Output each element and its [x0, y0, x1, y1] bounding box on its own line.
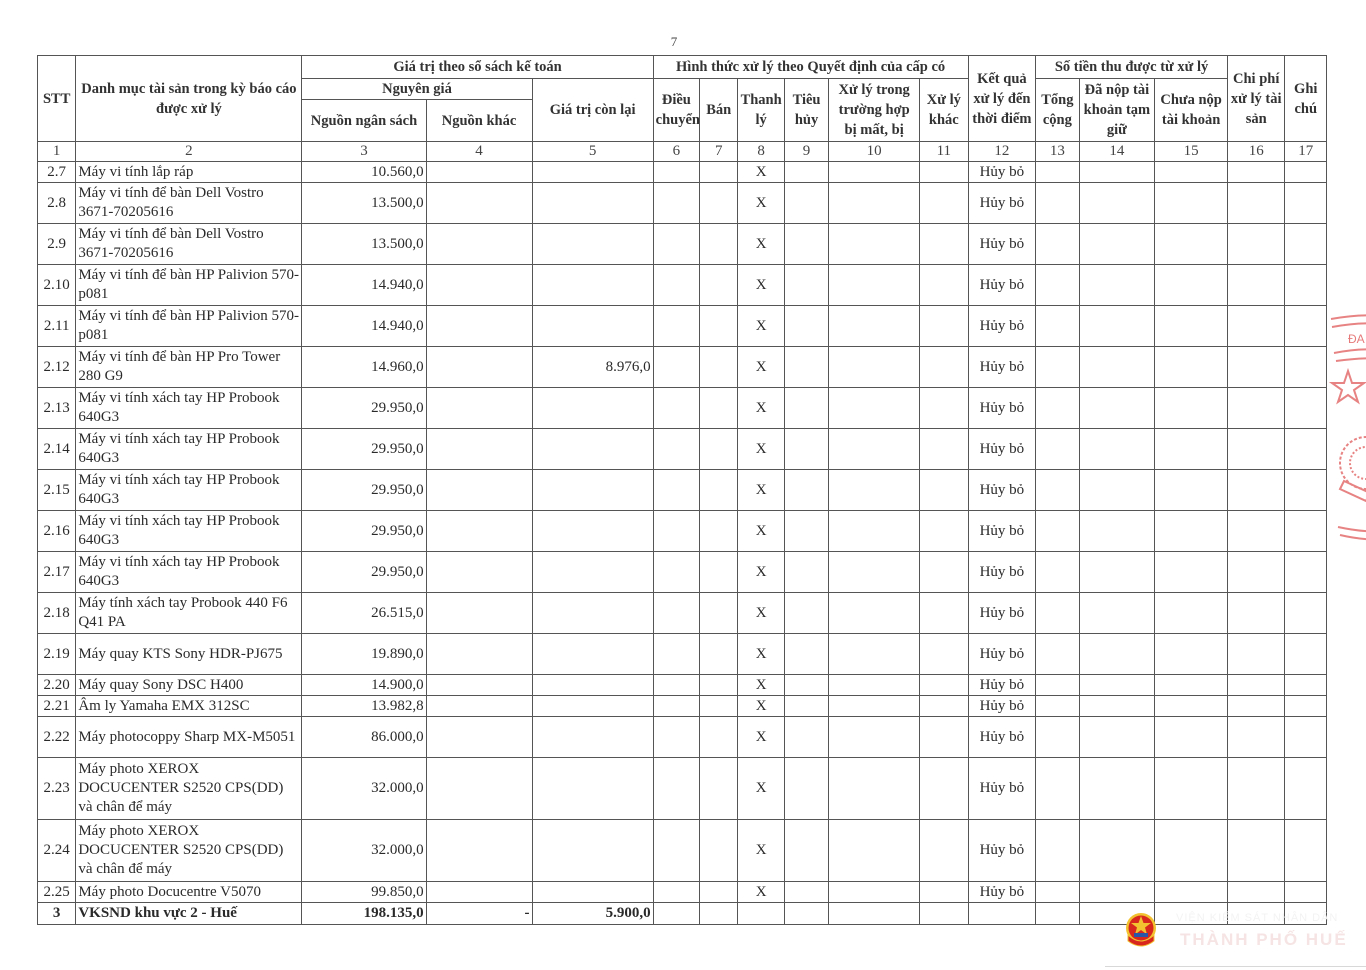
row-transfer [653, 882, 699, 903]
row-stt: 2.9 [38, 224, 76, 265]
summary-empty-cell [784, 903, 828, 925]
row-total [1036, 183, 1079, 224]
row-liquidate-mark: X [738, 429, 784, 470]
column-number: 12 [968, 142, 1036, 162]
table-row: 2.22Máy photocoppy Sharp MX-M505186.000,… [38, 717, 1327, 758]
row-sell [700, 470, 738, 511]
row-total [1036, 388, 1079, 429]
row-handling-cost [1227, 470, 1285, 511]
table-row: 2.9Máy vi tính để bàn Dell Vostro 3671-7… [38, 224, 1327, 265]
row-lost-case [829, 511, 920, 552]
table-row: 2.8Máy vi tính để bàn Dell Vostro 3671-7… [38, 183, 1327, 224]
row-budget-source: 29.950,0 [302, 552, 426, 593]
row-sell [700, 265, 738, 306]
row-paid-account [1079, 224, 1155, 265]
row-budget-source: 26.515,0 [302, 593, 426, 634]
row-other-source [426, 470, 532, 511]
row-unpaid-account [1155, 183, 1228, 224]
row-other-handling [920, 634, 968, 675]
table-row: 2.7Máy vi tính lắp ráp10.560,0XHủy bỏ [38, 162, 1327, 183]
row-note [1285, 758, 1327, 820]
row-liquidate-mark: X [738, 593, 784, 634]
summary-other-source: - [426, 903, 532, 925]
row-sell [700, 347, 738, 388]
row-liquidate-mark: X [738, 470, 784, 511]
row-other-source [426, 696, 532, 717]
column-number: 15 [1155, 142, 1228, 162]
row-lost-case [829, 224, 920, 265]
table-row: 2.13Máy vi tính xách tay HP Probook 640G… [38, 388, 1327, 429]
row-liquidate-mark: X [738, 183, 784, 224]
row-lost-case [829, 306, 920, 347]
row-other-source [426, 347, 532, 388]
row-lost-case [829, 265, 920, 306]
row-liquidate-mark: X [738, 552, 784, 593]
table-row: 2.17Máy vi tính xách tay HP Probook 640G… [38, 552, 1327, 593]
row-sell [700, 758, 738, 820]
row-budget-source: 13.500,0 [302, 224, 426, 265]
row-lost-case [829, 388, 920, 429]
row-destroy [784, 758, 828, 820]
header-remaining-value: Giá trị còn lại [532, 79, 653, 142]
row-stt: 2.17 [38, 552, 76, 593]
row-other-handling [920, 675, 968, 696]
row-other-source [426, 265, 532, 306]
row-lost-case [829, 696, 920, 717]
row-liquidate-mark: X [738, 265, 784, 306]
header-asset-list: Danh mục tài sản trong kỳ báo cáo được x… [76, 56, 302, 142]
row-stt: 2.19 [38, 634, 76, 675]
watermark-agency: VIỆN KIỂM SÁT NHÂN DÂN [1176, 912, 1338, 924]
row-liquidate-mark: X [738, 347, 784, 388]
header-paid-account: Đã nộp tài khoản tạm giữ [1079, 79, 1155, 142]
row-other-handling [920, 162, 968, 183]
row-stt: 2.20 [38, 675, 76, 696]
row-liquidate-mark: X [738, 224, 784, 265]
row-total [1036, 634, 1079, 675]
row-note [1285, 634, 1327, 675]
row-other-handling [920, 388, 968, 429]
row-destroy [784, 717, 828, 758]
asset-disposal-table: STT Danh mục tài sản trong kỳ báo cáo đư… [37, 55, 1327, 925]
row-note [1285, 511, 1327, 552]
row-other-handling [920, 758, 968, 820]
row-liquidate-mark: X [738, 758, 784, 820]
row-note [1285, 593, 1327, 634]
row-handling-cost [1227, 820, 1285, 882]
row-other-source [426, 429, 532, 470]
row-remaining-value [532, 552, 653, 593]
column-number: 11 [920, 142, 968, 162]
row-note [1285, 882, 1327, 903]
national-emblem-icon [1124, 911, 1158, 949]
row-total [1036, 696, 1079, 717]
row-stt: 2.24 [38, 820, 76, 882]
row-result: Hủy bỏ [968, 552, 1036, 593]
summary-empty-cell [968, 903, 1036, 925]
row-stt: 2.7 [38, 162, 76, 183]
row-paid-account [1079, 758, 1155, 820]
row-liquidate-mark: X [738, 820, 784, 882]
row-handling-cost [1227, 224, 1285, 265]
row-liquidate-mark: X [738, 882, 784, 903]
row-unpaid-account [1155, 675, 1228, 696]
summary-remaining-value: 5.900,0 [532, 903, 653, 925]
row-sell [700, 552, 738, 593]
row-handling-cost [1227, 183, 1285, 224]
row-asset-name: Máy vi tính để bàn Dell Vostro 3671-7020… [76, 224, 302, 265]
column-number: 13 [1036, 142, 1079, 162]
row-unpaid-account [1155, 717, 1228, 758]
row-remaining-value [532, 882, 653, 903]
row-paid-account [1079, 347, 1155, 388]
row-note [1285, 347, 1327, 388]
row-note [1285, 224, 1327, 265]
row-other-handling [920, 882, 968, 903]
row-total [1036, 511, 1079, 552]
summary-unit-name: VKSND khu vực 2 - Huế [76, 903, 302, 925]
row-stt: 2.15 [38, 470, 76, 511]
watermark-city: THÀNH PHỐ HUẾ [1180, 930, 1348, 950]
header-note: Ghi chú [1285, 56, 1327, 142]
row-remaining-value [532, 306, 653, 347]
row-result: Hủy bỏ [968, 306, 1036, 347]
row-result: Hủy bỏ [968, 634, 1036, 675]
row-stt: 2.18 [38, 593, 76, 634]
row-destroy [784, 470, 828, 511]
row-unpaid-account [1155, 429, 1228, 470]
row-budget-source: 19.890,0 [302, 634, 426, 675]
row-budget-source: 10.560,0 [302, 162, 426, 183]
column-number: 2 [76, 142, 302, 162]
table-row: 2.10Máy vi tính để bàn HP Palivion 570-p… [38, 265, 1327, 306]
column-number-row: 1234567891011121314151617 [38, 142, 1327, 162]
row-destroy [784, 696, 828, 717]
row-handling-cost [1227, 634, 1285, 675]
table-body: 2.7Máy vi tính lắp ráp10.560,0XHủy bỏ2.8… [38, 162, 1327, 925]
row-sell [700, 634, 738, 675]
row-handling-cost [1227, 882, 1285, 903]
row-budget-source: 29.950,0 [302, 388, 426, 429]
summary-stt: 3 [38, 903, 76, 925]
row-budget-source: 13.982,8 [302, 696, 426, 717]
row-remaining-value [532, 162, 653, 183]
column-number: 1 [38, 142, 76, 162]
header-stt: STT [38, 56, 76, 142]
row-lost-case [829, 347, 920, 388]
row-remaining-value [532, 470, 653, 511]
row-transfer [653, 634, 699, 675]
row-other-source [426, 675, 532, 696]
row-result: Hủy bỏ [968, 675, 1036, 696]
row-asset-name: Máy vi tính xách tay HP Probook 640G3 [76, 511, 302, 552]
row-result: Hủy bỏ [968, 882, 1036, 903]
row-destroy [784, 634, 828, 675]
row-note [1285, 183, 1327, 224]
row-liquidate-mark: X [738, 717, 784, 758]
row-note [1285, 717, 1327, 758]
row-asset-name: Máy photo XEROX DOCUCENTER S2520 CPS(DD)… [76, 820, 302, 882]
row-other-handling [920, 265, 968, 306]
row-unpaid-account [1155, 593, 1228, 634]
row-asset-name: Máy vi tính xách tay HP Probook 640G3 [76, 388, 302, 429]
row-paid-account [1079, 634, 1155, 675]
row-handling-cost [1227, 511, 1285, 552]
column-number: 17 [1285, 142, 1327, 162]
row-transfer [653, 162, 699, 183]
row-total [1036, 593, 1079, 634]
row-total [1036, 758, 1079, 820]
row-sell [700, 162, 738, 183]
row-total [1036, 347, 1079, 388]
row-transfer [653, 265, 699, 306]
row-stt: 2.25 [38, 882, 76, 903]
summary-empty-cell [653, 903, 699, 925]
header-book-value: Giá trị theo sổ sách kế toán [302, 56, 653, 79]
row-total [1036, 820, 1079, 882]
row-other-source [426, 183, 532, 224]
row-paid-account [1079, 820, 1155, 882]
row-other-source [426, 388, 532, 429]
row-transfer [653, 429, 699, 470]
row-transfer [653, 717, 699, 758]
column-number: 6 [653, 142, 699, 162]
row-unpaid-account [1155, 470, 1228, 511]
column-number: 10 [829, 142, 920, 162]
row-remaining-value [532, 224, 653, 265]
row-liquidate-mark: X [738, 634, 784, 675]
row-paid-account [1079, 511, 1155, 552]
row-unpaid-account [1155, 347, 1228, 388]
row-other-handling [920, 470, 968, 511]
row-sell [700, 717, 738, 758]
header-budget-source: Nguồn ngân sách [302, 100, 426, 142]
row-destroy [784, 552, 828, 593]
page-number: 7 [664, 34, 684, 50]
row-liquidate-mark: X [738, 696, 784, 717]
row-destroy [784, 593, 828, 634]
row-handling-cost [1227, 347, 1285, 388]
summary-empty-cell [920, 903, 968, 925]
row-destroy [784, 675, 828, 696]
row-transfer [653, 470, 699, 511]
row-sell [700, 429, 738, 470]
row-stt: 2.22 [38, 717, 76, 758]
table-row: 2.21Âm ly Yamaha EMX 312SC13.982,8XHủy b… [38, 696, 1327, 717]
row-lost-case [829, 717, 920, 758]
row-total [1036, 265, 1079, 306]
header-unpaid-account: Chưa nộp tài khoản [1155, 79, 1228, 142]
header-handling-form: Hình thức xử lý theo Quyết định của cấp … [653, 56, 968, 79]
table-row: 2.20Máy quay Sony DSC H40014.900,0XHủy b… [38, 675, 1327, 696]
header-sell: Bán [700, 79, 738, 142]
row-note [1285, 552, 1327, 593]
row-note [1285, 429, 1327, 470]
row-result: Hủy bỏ [968, 717, 1036, 758]
row-total [1036, 882, 1079, 903]
row-note [1285, 265, 1327, 306]
table-row: 2.24Máy photo XEROX DOCUCENTER S2520 CPS… [38, 820, 1327, 882]
row-budget-source: 29.950,0 [302, 429, 426, 470]
row-other-source [426, 882, 532, 903]
table-row: 2.23Máy photo XEROX DOCUCENTER S2520 CPS… [38, 758, 1327, 820]
row-asset-name: Âm ly Yamaha EMX 312SC [76, 696, 302, 717]
row-liquidate-mark: X [738, 162, 784, 183]
row-unpaid-account [1155, 634, 1228, 675]
row-lost-case [829, 675, 920, 696]
row-other-handling [920, 306, 968, 347]
row-transfer [653, 675, 699, 696]
row-unpaid-account [1155, 696, 1228, 717]
row-unpaid-account [1155, 388, 1228, 429]
row-remaining-value [532, 717, 653, 758]
red-seal-stamp-icon: ĐA [1326, 313, 1366, 543]
row-handling-cost [1227, 552, 1285, 593]
row-stt: 2.23 [38, 758, 76, 820]
row-lost-case [829, 634, 920, 675]
row-unpaid-account [1155, 552, 1228, 593]
row-total [1036, 162, 1079, 183]
row-stt: 2.8 [38, 183, 76, 224]
row-budget-source: 29.950,0 [302, 470, 426, 511]
row-other-source [426, 162, 532, 183]
row-result: Hủy bỏ [968, 511, 1036, 552]
row-other-source [426, 820, 532, 882]
row-transfer [653, 347, 699, 388]
row-total [1036, 717, 1079, 758]
row-sell [700, 224, 738, 265]
table-row: 2.11Máy vi tính để bàn HP Palivion 570-p… [38, 306, 1327, 347]
row-destroy [784, 265, 828, 306]
row-remaining-value [532, 183, 653, 224]
row-paid-account [1079, 388, 1155, 429]
row-result: Hủy bỏ [968, 388, 1036, 429]
row-lost-case [829, 183, 920, 224]
row-transfer [653, 511, 699, 552]
row-paid-account [1079, 162, 1155, 183]
row-result: Hủy bỏ [968, 820, 1036, 882]
row-paid-account [1079, 183, 1155, 224]
row-sell [700, 388, 738, 429]
row-note [1285, 675, 1327, 696]
row-result: Hủy bỏ [968, 265, 1036, 306]
row-other-source [426, 717, 532, 758]
row-unpaid-account [1155, 306, 1228, 347]
svg-text:ĐA: ĐA [1348, 332, 1365, 346]
row-handling-cost [1227, 162, 1285, 183]
row-lost-case [829, 882, 920, 903]
row-budget-source: 32.000,0 [302, 820, 426, 882]
header-liquidate: Thanh lý [738, 79, 784, 142]
row-lost-case [829, 162, 920, 183]
column-number: 14 [1079, 142, 1155, 162]
row-transfer [653, 552, 699, 593]
header-destroy: Tiêu hủy [784, 79, 828, 142]
row-asset-name: Máy tính xách tay Probook 440 F6 Q41 PA [76, 593, 302, 634]
row-sell [700, 675, 738, 696]
row-other-handling [920, 717, 968, 758]
row-paid-account [1079, 429, 1155, 470]
column-number: 5 [532, 142, 653, 162]
row-remaining-value [532, 675, 653, 696]
row-other-source [426, 224, 532, 265]
row-lost-case [829, 429, 920, 470]
header-lost-case: Xử lý trong trường hợp bị mất, bị [829, 79, 920, 142]
row-destroy [784, 183, 828, 224]
row-liquidate-mark: X [738, 388, 784, 429]
row-stt: 2.12 [38, 347, 76, 388]
row-result: Hủy bỏ [968, 758, 1036, 820]
row-lost-case [829, 758, 920, 820]
row-lost-case [829, 593, 920, 634]
row-other-source [426, 306, 532, 347]
row-destroy [784, 820, 828, 882]
row-note [1285, 820, 1327, 882]
row-unpaid-account [1155, 820, 1228, 882]
table-row: 2.25Máy photo Docucentre V507099.850,0XH… [38, 882, 1327, 903]
row-paid-account [1079, 882, 1155, 903]
row-sell [700, 882, 738, 903]
row-remaining-value: 8.976,0 [532, 347, 653, 388]
header-original-price: Nguyên giá [302, 79, 532, 100]
row-asset-name: Máy vi tính để bàn HP Palivion 570-p081 [76, 265, 302, 306]
row-handling-cost [1227, 717, 1285, 758]
row-budget-source: 99.850,0 [302, 882, 426, 903]
row-transfer [653, 388, 699, 429]
row-sell [700, 183, 738, 224]
row-note [1285, 470, 1327, 511]
row-transfer [653, 820, 699, 882]
row-unpaid-account [1155, 758, 1228, 820]
summary-empty-cell [829, 903, 920, 925]
column-number: 4 [426, 142, 532, 162]
row-total [1036, 552, 1079, 593]
row-lost-case [829, 470, 920, 511]
header-transfer: Điều chuyển [653, 79, 699, 142]
table-row: 2.19Máy quay KTS Sony HDR-PJ67519.890,0X… [38, 634, 1327, 675]
row-transfer [653, 224, 699, 265]
row-result: Hủy bỏ [968, 183, 1036, 224]
row-handling-cost [1227, 758, 1285, 820]
row-remaining-value [532, 820, 653, 882]
row-total [1036, 224, 1079, 265]
row-budget-source: 14.940,0 [302, 265, 426, 306]
row-note [1285, 162, 1327, 183]
row-liquidate-mark: X [738, 511, 784, 552]
row-sell [700, 306, 738, 347]
row-other-handling [920, 429, 968, 470]
row-sell [700, 820, 738, 882]
row-note [1285, 388, 1327, 429]
scan-edge-line [1105, 966, 1366, 967]
row-other-handling [920, 347, 968, 388]
row-result: Hủy bỏ [968, 470, 1036, 511]
column-number: 9 [784, 142, 828, 162]
row-unpaid-account [1155, 882, 1228, 903]
row-transfer [653, 183, 699, 224]
row-other-source [426, 634, 532, 675]
row-handling-cost [1227, 593, 1285, 634]
row-paid-account [1079, 593, 1155, 634]
column-number: 8 [738, 142, 784, 162]
row-paid-account [1079, 306, 1155, 347]
row-destroy [784, 388, 828, 429]
table-row: 2.18Máy tính xách tay Probook 440 F6 Q41… [38, 593, 1327, 634]
row-destroy [784, 511, 828, 552]
summary-empty-cell [738, 903, 784, 925]
row-transfer [653, 696, 699, 717]
header-other-source: Nguồn khác [426, 100, 532, 142]
